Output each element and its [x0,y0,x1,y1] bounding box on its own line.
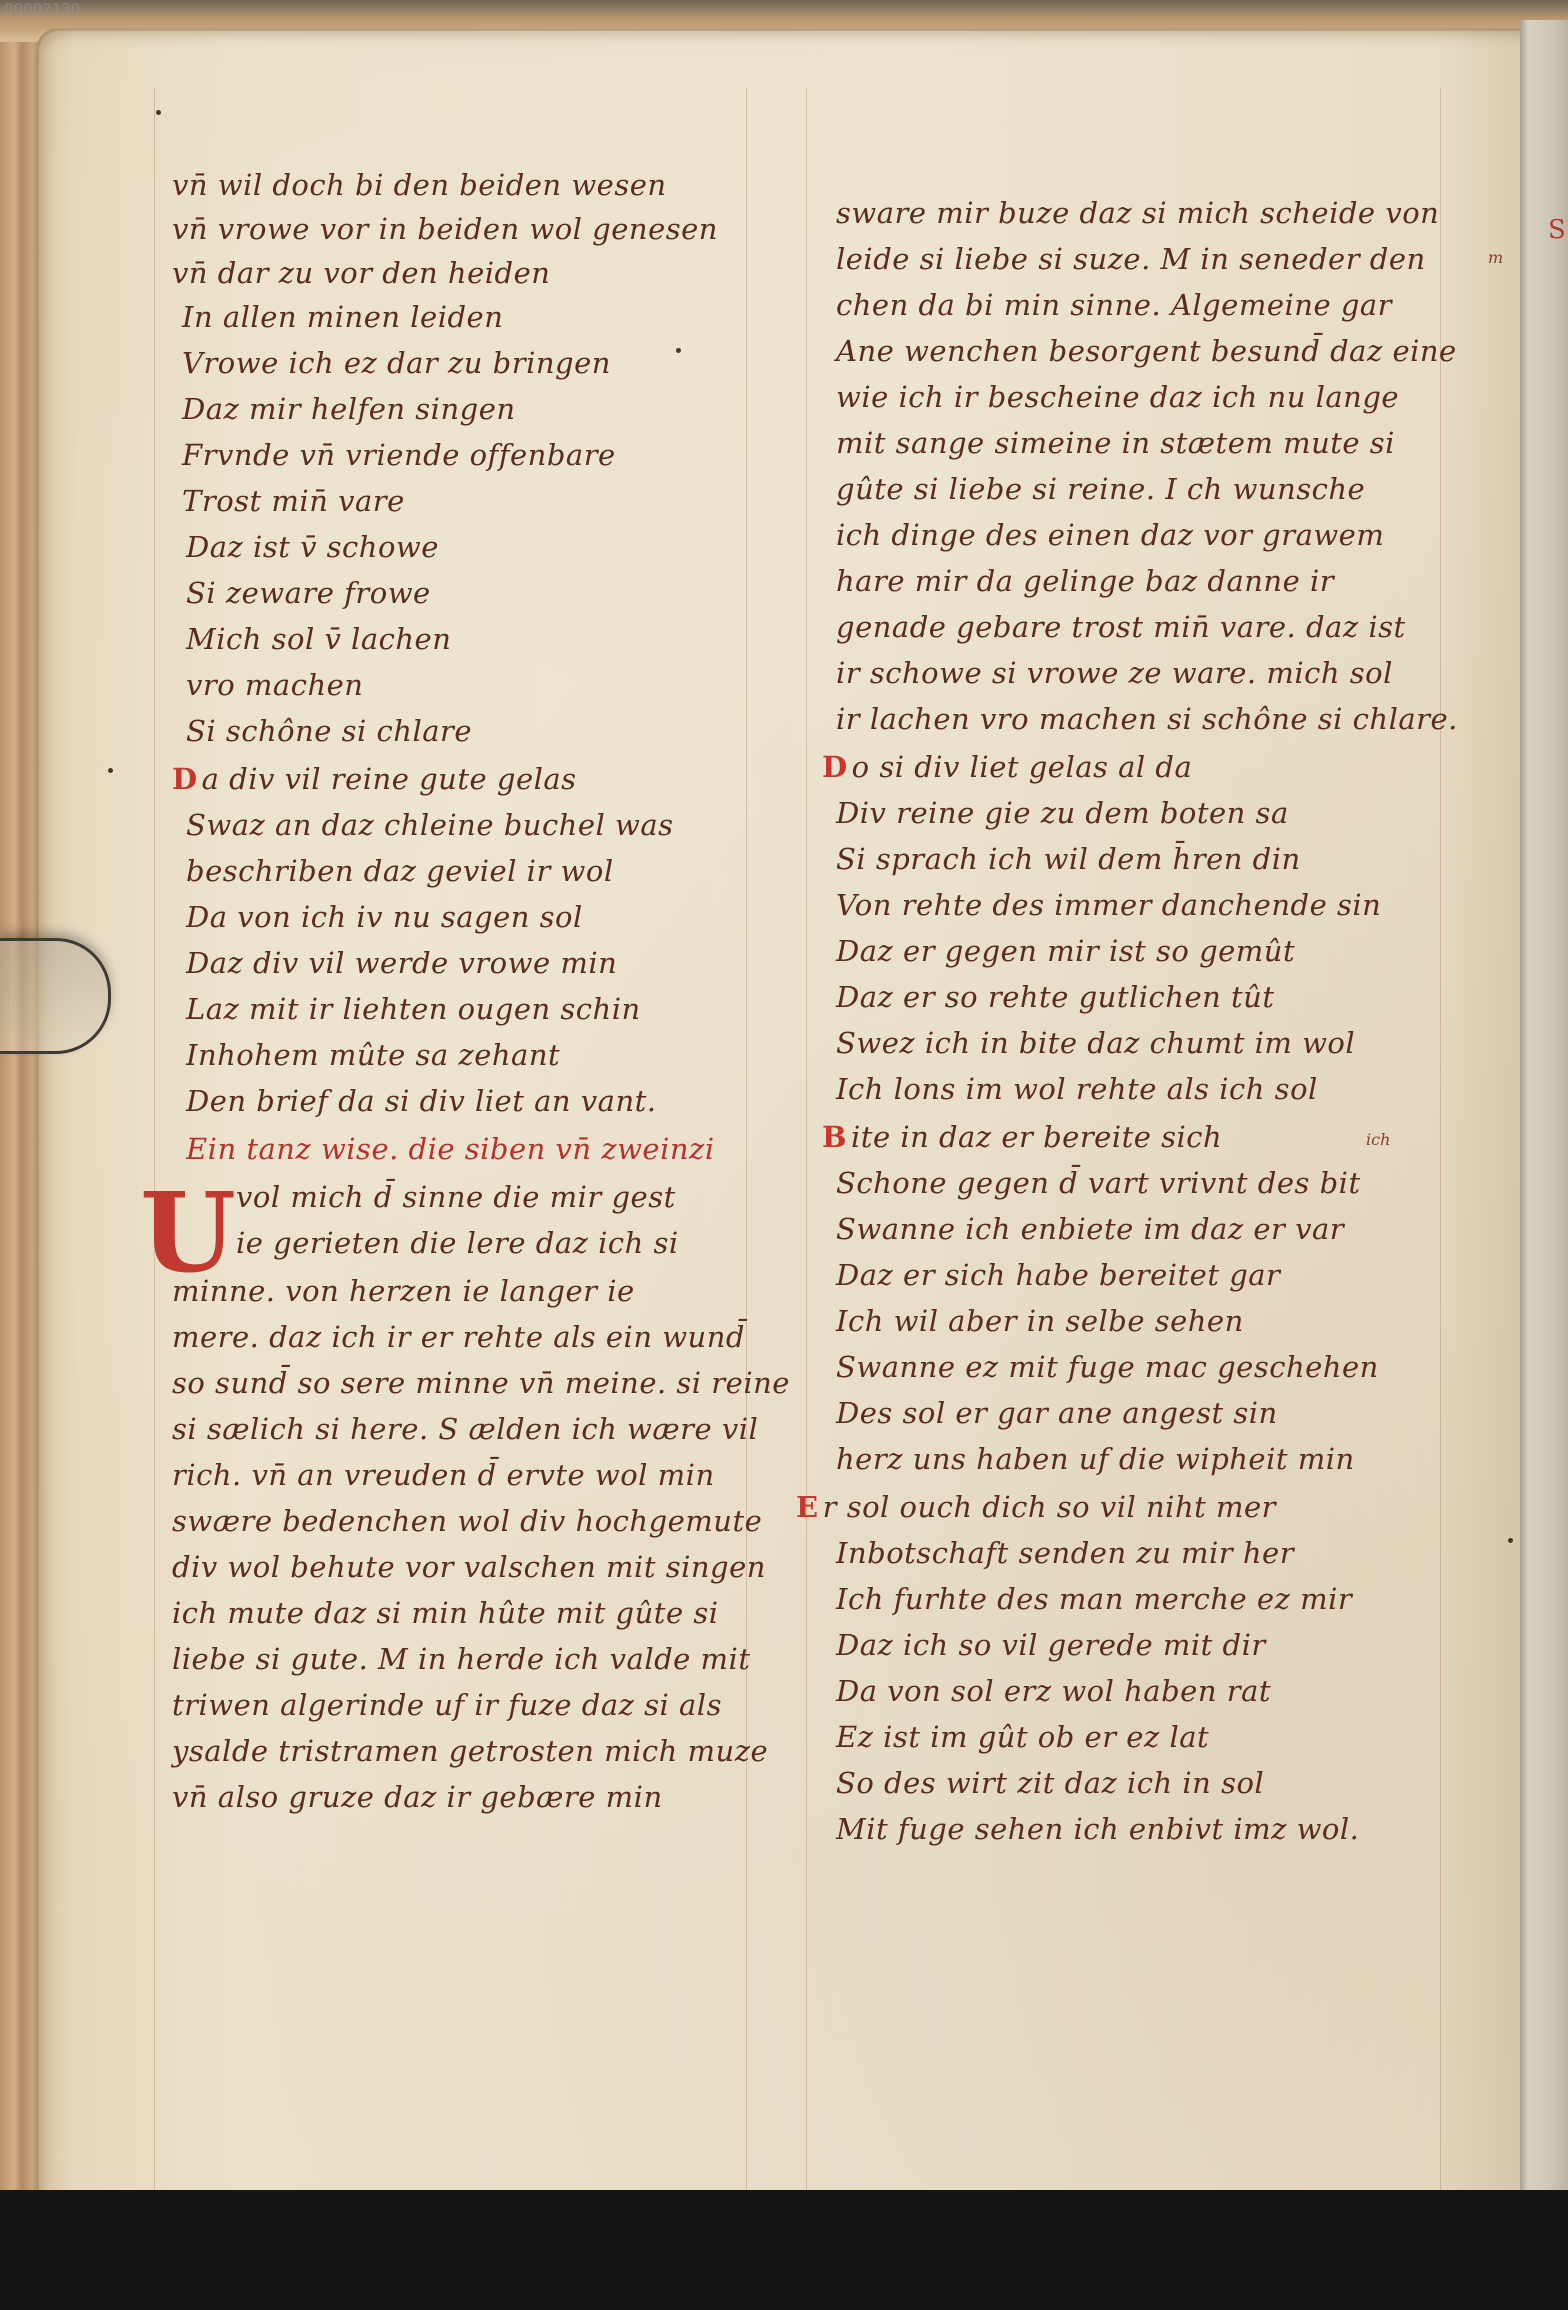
prose-line: si sælich si here. S ælden ich wære vil [172,1412,758,1446]
prose-line: Ane wenchen besorgent besund̄ daz eine [836,334,1457,368]
verse-line: vn̄ vrowe vor in beiden wol genesen [172,212,718,246]
verse-line-with-initial: Da div vil reine gute gelas [172,762,577,796]
verse-line: Swanne ich enbiete im daz er var [836,1212,1344,1246]
verse-line: vn̄ wil doch bi den beiden wesen [172,168,667,202]
ruling-line [154,88,155,2208]
next-leaf-red-initial: S [1548,215,1566,245]
prose-line: mit sange simeine in stætem mute si [836,426,1395,460]
verse-line: Ich furhte des man merche ez mir [836,1582,1352,1616]
verse-line: Swanne ez mit fuge mac geschehen [836,1350,1379,1384]
ink-speck [1508,1538,1513,1543]
verse-line: herz uns haben uf die wipheit min [836,1442,1355,1476]
verse-line: beschriben daz geviel ir wol [186,854,614,888]
background-shadow [0,2190,1568,2310]
margin-note: m [1488,248,1503,267]
prose-line: so sund̄ so sere minne vn̄ meine. si rei… [172,1366,790,1400]
verse-line: Ich lons im wol rehte als ich sol [836,1072,1318,1106]
verse-line: vn̄ dar zu vor den heiden [172,256,550,290]
verse-line: Da von ich iv nu sagen sol [186,900,583,934]
verse-line: Daz ich so vil gerede mit dir [836,1628,1266,1662]
red-initial-E: E [796,1490,819,1524]
prose-line: triwen algerinde uf ir fuze daz si als [172,1688,722,1722]
verse-line: Des sol er gar ane angest sin [836,1396,1278,1430]
prose-line: div wol behute vor valschen mit singen [172,1550,766,1584]
ink-speck [108,768,113,773]
verse-line: Daz er so rehte gutlichen tût [836,980,1274,1014]
rubric-heading: Ein tanz wise. die siben vn̄ zweinzi [186,1132,715,1166]
verse-line: Swez ich in bite daz chumt im wol [836,1026,1355,1060]
prose-line: wie ich ir bescheine daz ich nu lange [836,380,1399,414]
verse-line: Laz mit ir liehten ougen schin [186,992,641,1026]
superscript-correction: ich [1366,1130,1390,1149]
ink-speck [676,348,681,353]
verse-line: Swaz an daz chleine buchel was [186,808,674,842]
prose-line: leide si liebe si suze. M in seneder den [836,242,1426,276]
verse-line-with-initial: Do si div liet gelas al da [822,750,1192,784]
verse-line: Inbotschaft senden zu mir her [836,1536,1294,1570]
verse-line: Ich wil aber in selbe sehen [836,1304,1244,1338]
verse-line: Da von sol erz wol haben rat [836,1674,1271,1708]
ruling-line [806,88,807,2208]
verse-line: So des wirt zit daz ich in sol [836,1766,1264,1800]
verse-line: Frvnde vn̄ vriende offenbare [182,438,616,472]
prose-line: rich. vn̄ an vreuden d̄ ervte wol min [172,1458,715,1492]
next-leaf-edge [1520,20,1568,2220]
verse-line: Vrowe ich ez dar zu bringen [182,346,611,380]
verse-line: In allen minen leiden [182,300,503,334]
prose-line: vn̄ also gruze daz ir gebære min [172,1780,663,1814]
verse-line: Von rehte des immer danchende sin [836,888,1381,922]
prose-line: sware mir buze daz si mich scheide von [836,196,1439,230]
prose-line: gûte si liebe si reine. I ch wunsche [836,472,1365,506]
prose-line: genade gebare trost min̄ vare. daz ist [836,610,1406,644]
prose-line: ich dinge des einen daz vor grawem [836,518,1384,552]
verse-line: Ez ist im gût ob er ez lat [836,1720,1209,1754]
verse-line: Trost min̄ vare [182,484,405,518]
prose-line: liebe si gute. M in herde ich valde mit [172,1642,751,1676]
prose-line: ir schowe si vrowe ze ware. mich sol [836,656,1393,690]
verse-line: Inhohem mûte sa zehant [186,1038,560,1072]
manuscript-leaf: vn̄ wil doch bi den beiden wesen vn̄ vro… [36,28,1536,2218]
verse-line: vro machen [186,668,363,702]
prose-line: minne. von herzen ie langer ie [172,1274,635,1308]
prose-line: hare mir da gelinge baz danne ir [836,564,1334,598]
verse-line: Daz ist v̄ schowe [186,530,439,564]
large-red-initial-U: U [140,1178,236,1288]
prose-line: ir lachen vro machen si schône si chlare… [836,702,1458,736]
verse-line-with-initial: Er sol ouch dich so vil niht mer [796,1490,1276,1524]
ink-speck [156,110,161,115]
prose-line: ysalde tristramen getrosten mich muze [172,1734,768,1768]
verse-line: Si zeware frowe [186,576,431,610]
verse-line: Si schône si chlare [186,714,472,748]
verse-line: Schone gegen d̄ vart vrivnt des bit [836,1166,1361,1200]
red-initial-D: D [172,762,198,796]
verse-line: Den brief da si div liet an vant. [186,1084,657,1118]
verse-line: Daz er gegen mir ist so gemût [836,934,1295,968]
verse-line: Daz div vil werde vrowe min [186,946,617,980]
verse-line: Mit fuge sehen ich enbivt imz wol. [836,1812,1359,1846]
red-initial-B: B [822,1120,847,1154]
red-initial-D: D [822,750,848,784]
verse-line: Daz er sich habe bereitet gar [836,1258,1280,1292]
verse-line: Daz mir helfen singen [182,392,516,426]
ruling-line [746,88,747,2208]
prose-line: vol mich d̄ sinne die mir gest [236,1180,676,1214]
shelf-mark: 00002130 [4,0,80,18]
verse-line: Mich sol v̄ lachen [186,622,451,656]
prose-line: chen da bi min sinne. Algemeine gar [836,288,1392,322]
page-clip [0,938,111,1054]
ruling-line [1440,88,1441,2208]
verse-line: Si sprach ich wil dem h̄ren din [836,842,1301,876]
prose-line: ich mute daz si min hûte mit gûte si [172,1596,719,1630]
verse-line: Div reine gie zu dem boten sa [836,796,1289,830]
prose-line: mere. daz ich ir er rehte als ein wund̄ [172,1320,745,1354]
prose-line: swære bedenchen wol div hochgemute [172,1504,762,1538]
prose-line: ie gerieten die lere daz ich si [236,1226,679,1260]
verse-line-with-initial: Bite in daz er bereite sich [822,1120,1222,1154]
